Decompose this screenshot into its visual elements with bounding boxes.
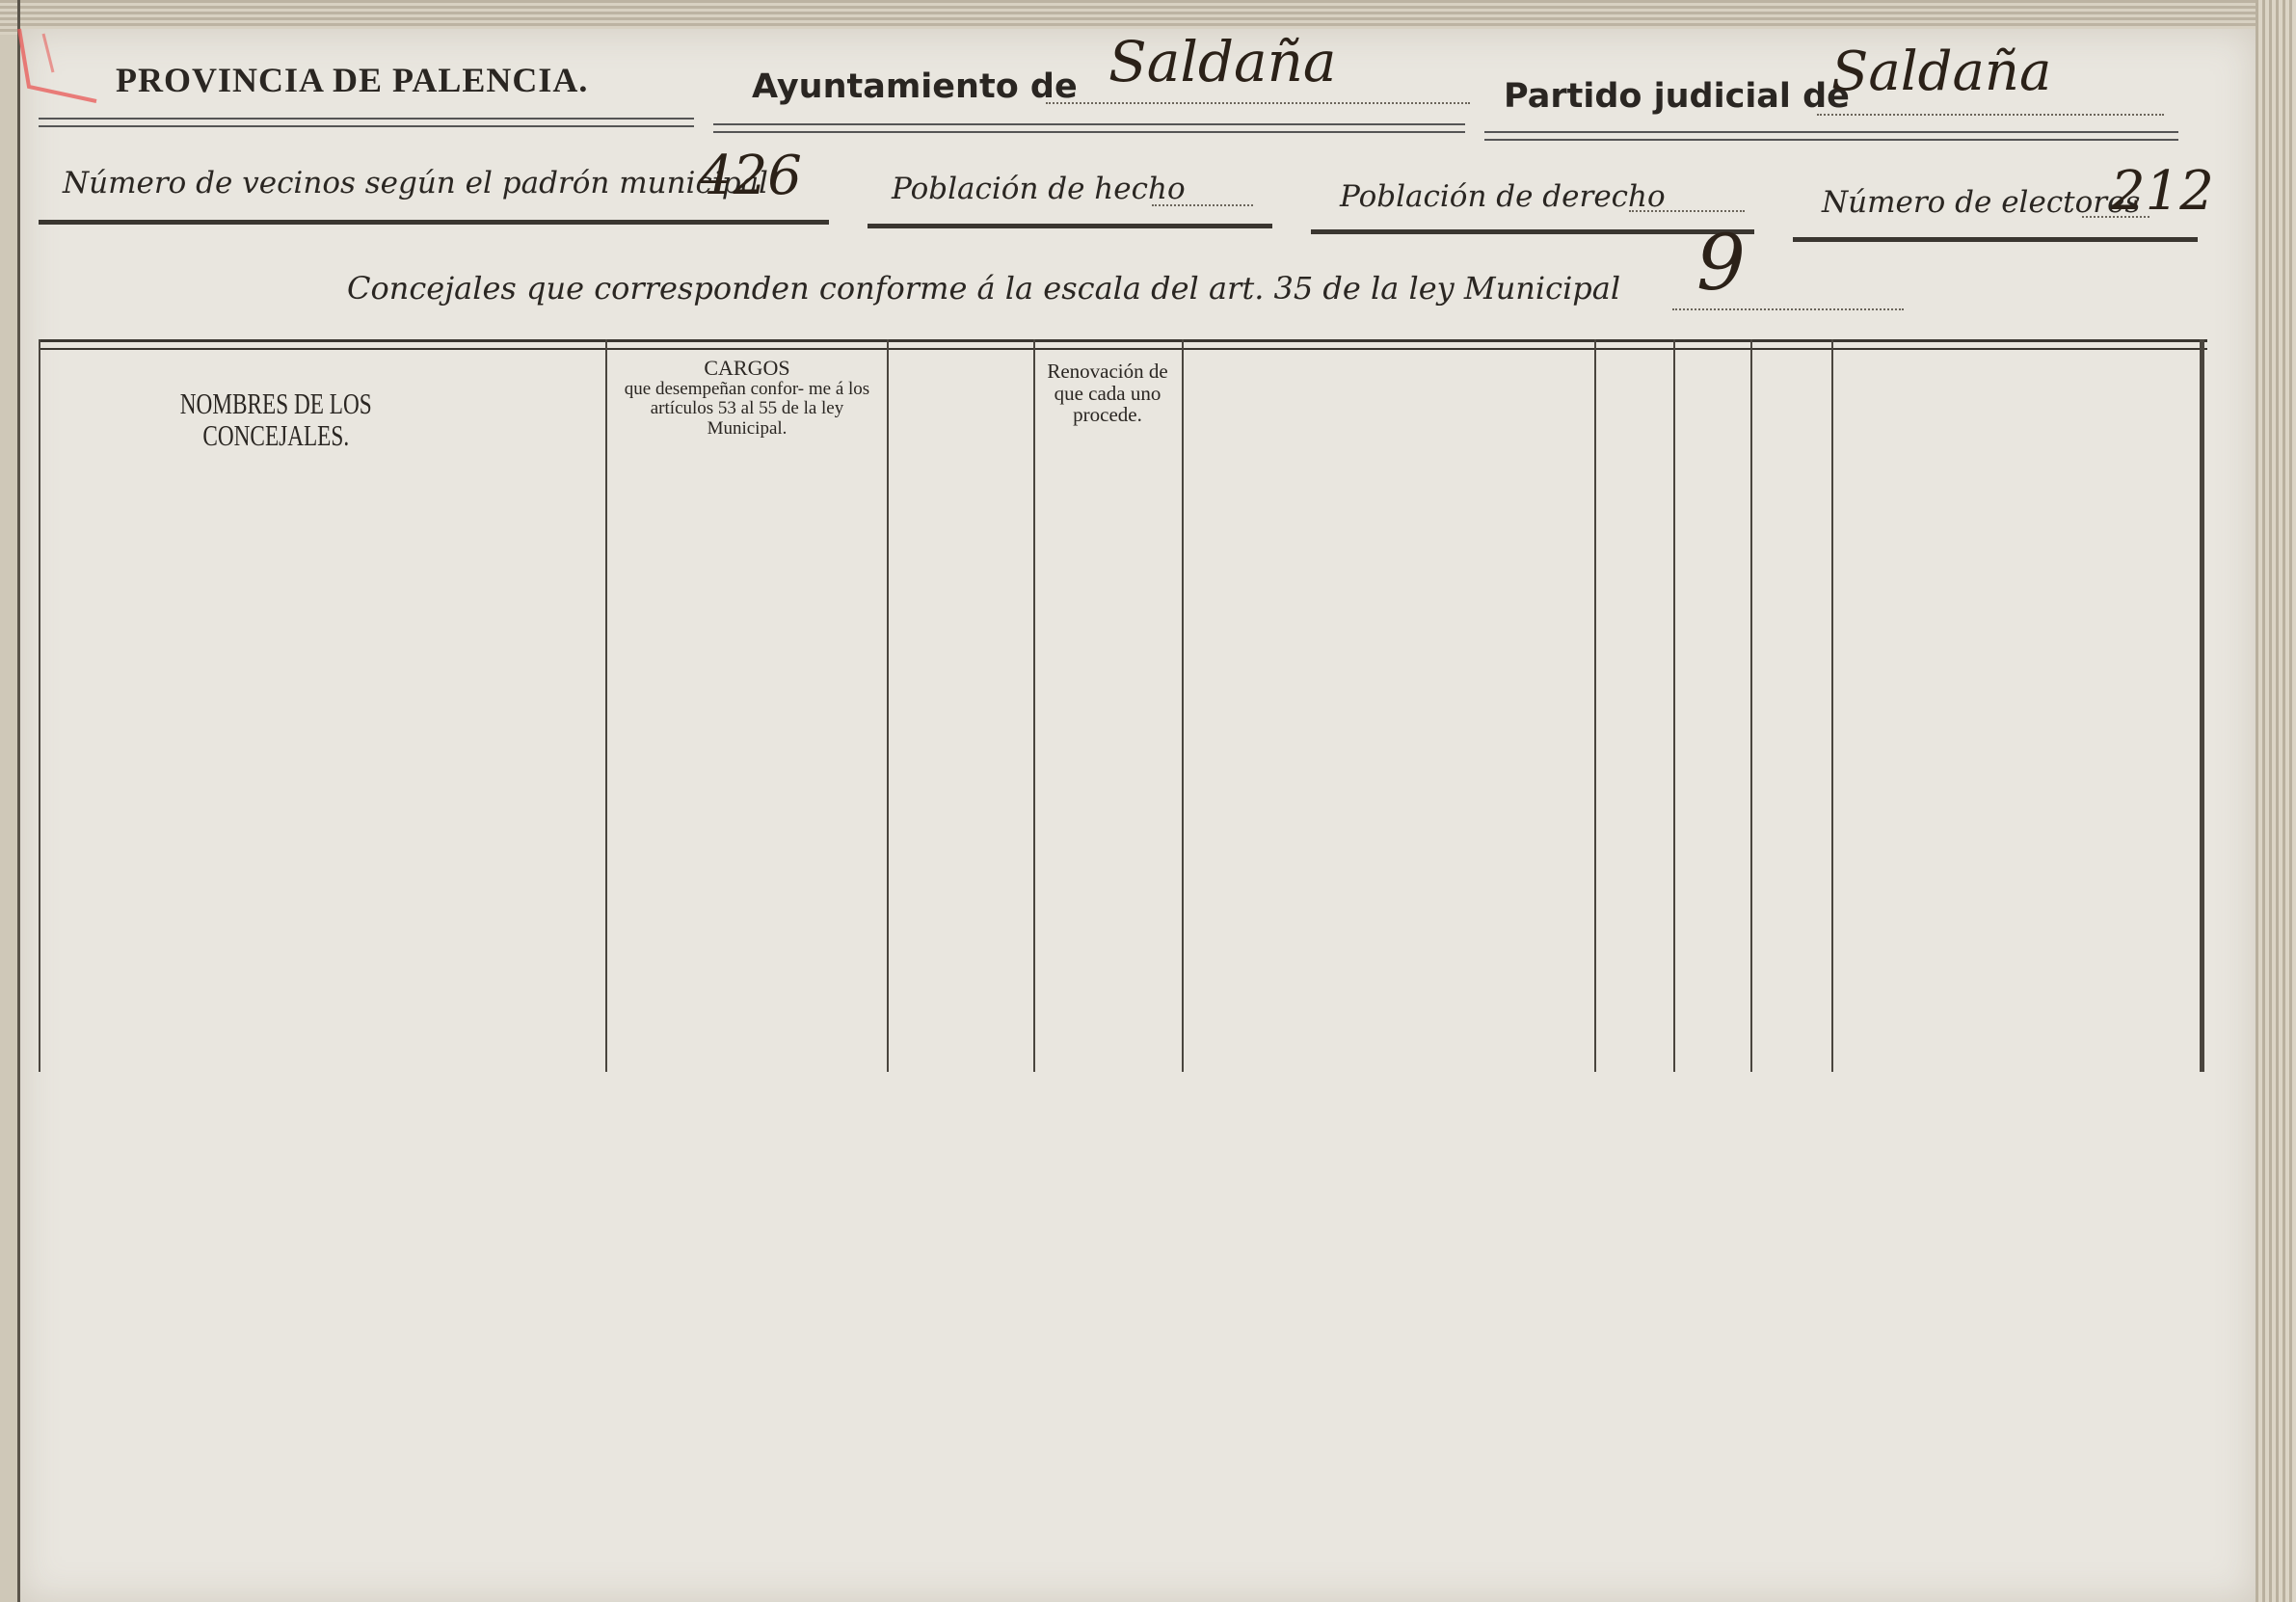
partido-field-line [1817,114,2164,116]
header-cargos-sub: que desempeñan confor- me á los artículo… [609,380,885,440]
partido-judicial-value: Saldaña [1831,40,2051,103]
divider [868,224,1272,228]
col-border [1673,339,1675,1072]
poblacion-derecho-field [1629,210,1745,212]
header-cargos: CARGOS que desempeñan confor- me á los a… [609,357,885,439]
header-nombres: NOMBRES DE LOS CONCEJALES. [106,387,446,452]
col-border [1750,339,1752,1072]
divider [39,220,829,225]
poblacion-hecho-field [1152,204,1253,206]
book-right-edges [2256,0,2296,1602]
divider [1311,229,1754,234]
col-border [1033,339,1035,1072]
poblacion-hecho-label: Población de hecho [892,172,1186,206]
concejales-field [1672,308,1904,310]
header-cargos-title: CARGOS [609,357,885,380]
vecinos-label: Número de vecinos según el padrón munici… [63,166,768,200]
ayuntamiento-label: Ayuntamiento de [752,67,1078,106]
col-border [1182,339,1184,1072]
ayuntamiento-value: Saldaña [1108,29,1337,94]
col-border [887,339,889,1072]
electores-label: Número de electores [1822,185,2140,220]
table-top-rule [39,339,2207,350]
col-border [1831,339,1833,1072]
poblacion-derecho-label: Población de derecho [1340,179,1666,214]
col-border [2200,339,2204,1072]
ayuntamiento-field-line [1046,102,1470,104]
header-renovacion: Renovación de que cada uno procede. [1037,360,1178,426]
divider [713,123,1465,133]
red-pencil-mark-icon [0,19,106,106]
concejales-table: NOMBRES DE LOS CONCEJALES. CARGOS que de… [39,339,2207,1033]
concejales-label: Concejales que corresponden conforme á l… [347,270,1620,307]
concejales-value: 9 [1696,218,1746,307]
binding-line [17,0,20,1602]
partido-judicial-label: Partido judicial de [1504,77,1850,116]
col-border [1594,339,1596,1072]
divider [1484,131,2178,141]
vecinos-value: 426 [699,145,802,207]
col-border [605,339,607,1072]
col-border [39,339,40,1072]
divider [1793,237,2198,242]
province-title: PROVINCIA DE PALENCIA. [116,60,588,100]
divider [39,118,694,127]
electores-value: 212 [2111,160,2214,223]
